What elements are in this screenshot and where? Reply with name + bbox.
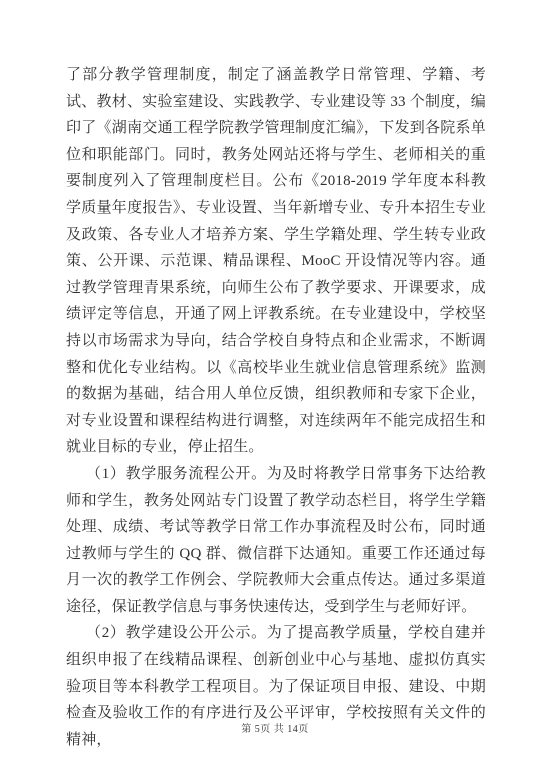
page-number: 第 5页 共 14页 — [241, 724, 309, 735]
document-body: 了部分教学管理制度，制定了涵盖教学日常管理、学籍、考试、教材、实验室建设、实践教… — [66, 62, 486, 753]
paragraph-continuation: 了部分教学管理制度，制定了涵盖教学日常管理、学籍、考试、教材、实验室建设、实践教… — [66, 62, 486, 461]
page-footer: 第 5页 共 14页 — [0, 723, 550, 737]
paragraph-item-1: （1）教学服务流程公开。为及时将教学日常事务下达给教师和学生，教务处网站专门设置… — [66, 461, 486, 621]
document-page: 了部分教学管理制度，制定了涵盖教学日常管理、学籍、考试、教材、实验室建设、实践教… — [0, 0, 550, 783]
